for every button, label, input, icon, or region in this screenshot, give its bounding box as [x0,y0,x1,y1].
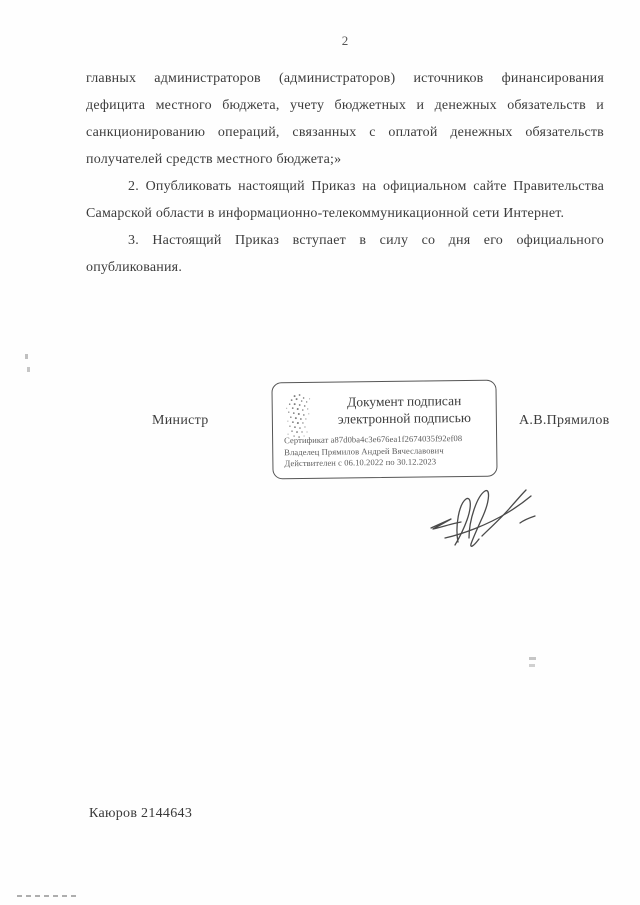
paragraph-2-line-2: Самарской области в информационно-телеко… [86,200,604,227]
paragraph-1-line-2: дефицита местного бюджета, учету бюджетн… [86,92,604,119]
scan-artifact-speck [529,657,536,660]
scan-artifact-tick [25,354,28,359]
stamp-validity-line: Действителен с 06.10.2022 по 30.12.2023 [284,456,490,470]
paragraph-3-line-1: 3. Настоящий Приказ вступает в силу со д… [86,227,604,254]
paragraph-1-line-3: санкционированию операций, связанных с о… [86,119,604,146]
electronic-signature-stamp: Документ подписан электронной подписью С… [271,380,497,480]
scan-artifact-dashes [17,895,79,897]
scanned-document-page: 2 главных администраторов (администратор… [0,0,640,905]
stamp-title: Документ подписан электронной подписью [319,392,490,428]
handwritten-signature [425,478,550,555]
signer-name: А.В.Прямилов [519,413,610,429]
scan-artifact-tick [27,367,30,372]
paragraph-2-line-1: 2. Опубликовать настоящий Приказ на офиц… [86,173,604,200]
document-body: главных администраторов (администраторов… [86,65,604,281]
paragraph-1-line-1: главных администраторов (администраторов… [86,65,604,92]
stamp-title-line-2: электронной подписью [319,409,490,428]
stamp-title-line-1: Документ подписан [319,392,490,411]
page-number: 2 [86,33,604,49]
stamp-details: Сертификат a87d0ba4c3e676ea1f2674035f92e… [284,433,490,470]
paragraph-3-line-2: опубликования. [86,254,604,281]
executor-reference: Каюров 2144643 [89,806,192,822]
minister-position-label: Министр [152,413,209,429]
paragraph-1-line-4: получателей средств местного бюджета;» [86,146,604,173]
scan-artifact-speck [529,664,535,667]
